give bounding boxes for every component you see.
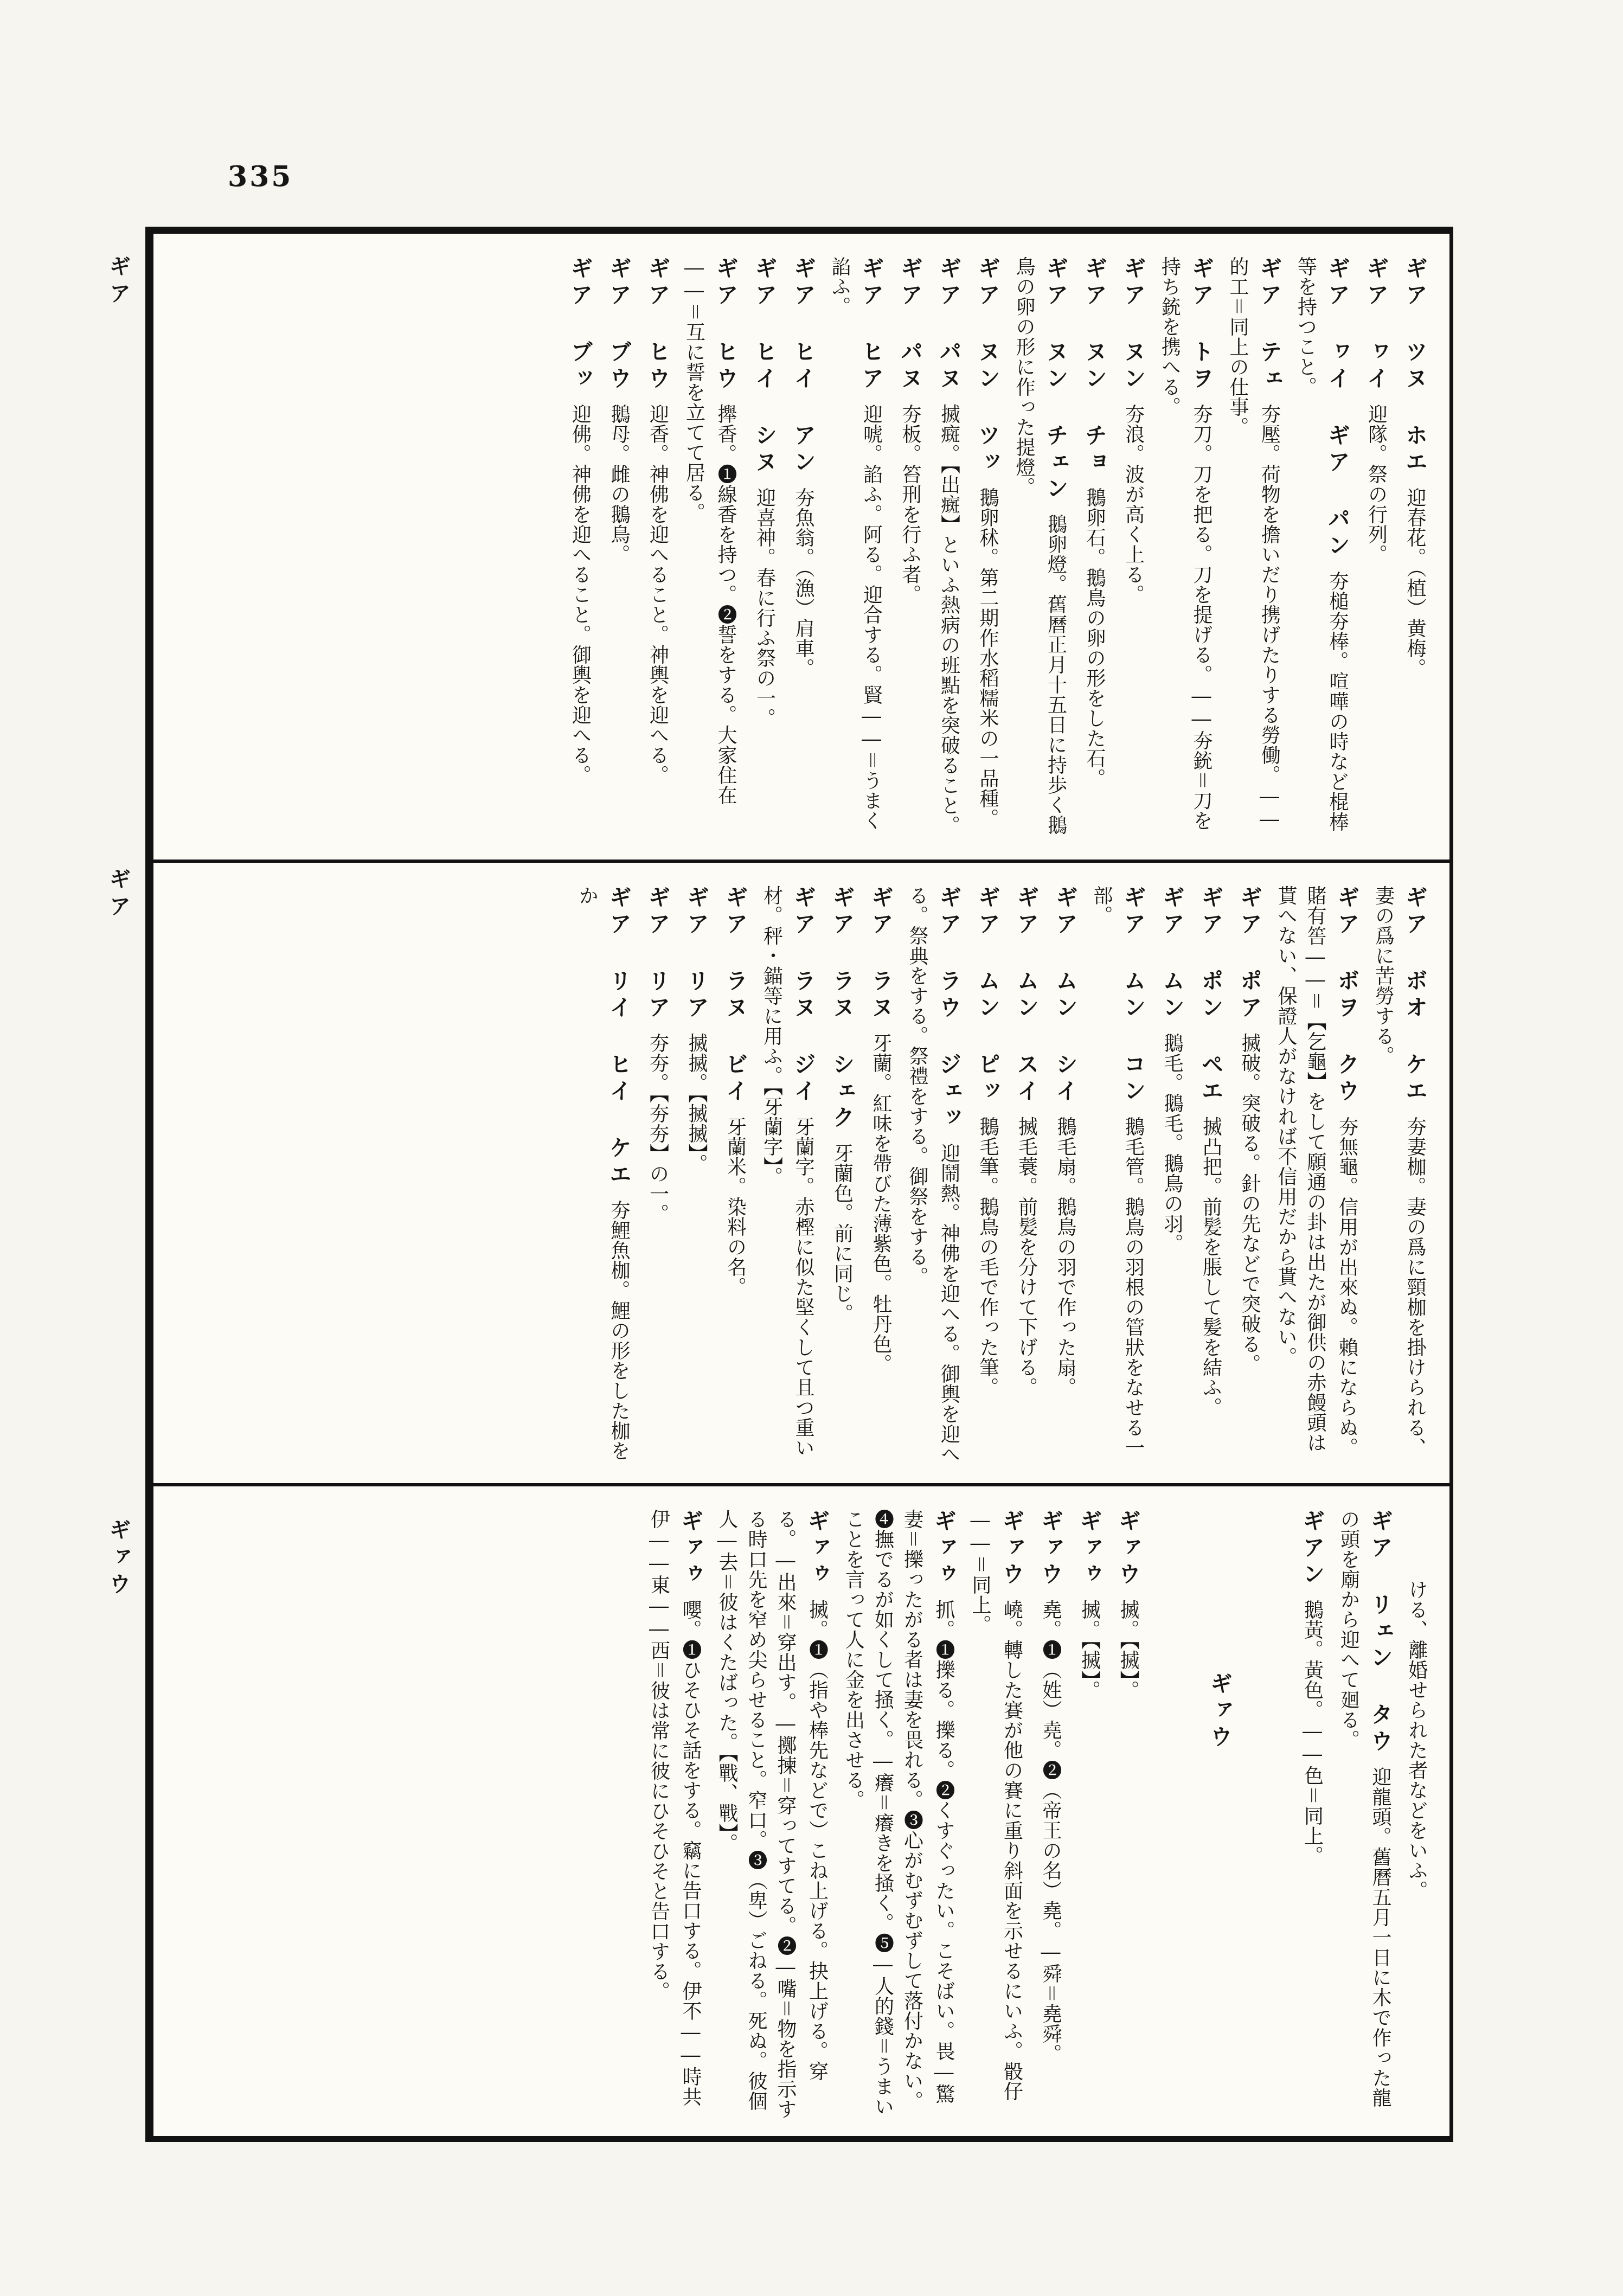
dictionary-entry: ギア ヌン チェン鵝卵燈。舊曆正月十五日に持歩く鵝鳥の卵の形に作った提燈。	[1009, 256, 1072, 843]
entry-headword: ギァゥ	[931, 1509, 957, 1600]
entry-definition: 夯魚翁。（漁）肩車。	[792, 488, 814, 678]
entry-definition: 鵝卵秫。第二期作水稻糯米の一品種。	[977, 488, 999, 829]
content-frame: ギア ツヌ ホエ迎春花。（植）黄梅。ギア ヮイ迎隊。祭の行列。ギア ヮイ ギア …	[145, 227, 1453, 2142]
entry-headword: ギア ラヌ ジイ	[790, 886, 816, 1117]
dictionary-entry: ギア パヌ搣癍。【出癍】といふ熱病の班點を突破ること。	[932, 256, 965, 843]
entry-definition: 鵝毛筆。鵝鳥の毛で作った筆。	[977, 1117, 999, 1397]
margin-thumb-label-middle: ギア	[103, 868, 134, 922]
entry-headword: ギア ボヲ クウ	[1334, 886, 1360, 1117]
margin-thumb-label-top: ギア	[103, 255, 134, 309]
dictionary-entry: ギア ボヲ クウ夯無龜。信用が出來ぬ。賴にならぬ。賭有筶――＝【乞龜】をして願通…	[1271, 886, 1363, 1467]
entry-headword: ギア ヒア	[858, 256, 884, 404]
dictionary-entry: ける、離婚せられた者などをいふ。	[1402, 1509, 1431, 2120]
entry-headword: ギア ヮイ ギア パン	[1324, 256, 1350, 571]
entry-headword: ギァゥ	[804, 1509, 830, 1600]
entry-headword: ギア ヒイ アン	[790, 256, 816, 488]
entry-headword: ギア ヒイ シヌ	[752, 256, 778, 488]
entry-headword: ギァウ	[1037, 1509, 1063, 1600]
page-number: 335	[228, 160, 293, 193]
entry-headword: ギア ムン ピッ	[974, 886, 1000, 1117]
entry-headword: ギア ラウ ジェッ	[936, 886, 962, 1143]
entry-headword: ギア ツヌ ホエ	[1402, 256, 1428, 488]
entry-definition: 鵝毛。鵝毛。鵝鳥の羽。	[1161, 1033, 1183, 1254]
entry-definition: 迎隊。祭の行列。	[1365, 404, 1388, 565]
dictionary-entry: ギア ヌン夯浪。波が高く上る。	[1116, 256, 1150, 843]
entry-headword: ギア ムン コン	[1120, 886, 1146, 1117]
entry-definition: 迎喜神。春に行ふ祭の一。	[754, 488, 776, 728]
entry-definition: 夯浪。波が高く上る。	[1122, 404, 1145, 605]
entry-definition: 抓。➊擽る。擽る。➋くすぐったい。こそばい。畏―驚妻＝擽ったがる者は妻を畏れる。…	[843, 1509, 955, 2117]
entry-headword: ギア ラヌ	[868, 886, 894, 1033]
dictionary-entry: ギア ラヌ ジイ牙蘭字。赤樫に似た堅くして且つ重い材。秤・錨等に用ふ。【牙蘭字】…	[757, 886, 820, 1467]
entry-headword: ギア パヌ	[936, 256, 962, 404]
dictionary-entry: ギア ラヌ ビイ牙蘭米。染料の名。	[718, 886, 752, 1467]
dictionary-entry: ギア ラヌ シェク牙蘭色。前に同じ。	[825, 886, 858, 1467]
dictionary-entry: ギア ヮイ迎隊。祭の行列。	[1359, 256, 1393, 843]
entry-definition: 搣。【搣】。	[1117, 1600, 1139, 1701]
dictionary-entry: ギア リイ ヒイ ケエ夯鯉魚枷。鯉の形をした枷をか	[573, 886, 636, 1467]
dictionary-entry: ギア テェ夯壓。荷物を擔いだり携げたりする勞働。――的工＝同上の仕事。	[1223, 256, 1286, 843]
dictionary-entry: ギア ラヌ牙蘭。紅味を帶びた薄紫色。牡丹色。	[864, 886, 897, 1467]
entry-definition: 迎香。神佛を迎へること。神輿を迎へる。	[647, 404, 669, 785]
dictionary-entry: ギア ヌン チョ鵝卵石。鵝鳥の卵の形をした石。	[1077, 256, 1111, 843]
entry-definition: 迎佛。神佛を迎へること。御輿を迎へる。	[569, 404, 592, 785]
entry-headword: ギア トヲ	[1188, 256, 1214, 404]
entry-definition: 搣破。突破る。針の先などで突破る。	[1239, 1033, 1261, 1374]
dictionary-entry: ギァゥ抓。➊擽る。擽る。➋くすぐったい。こそばい。畏―驚妻＝擽ったがる者は妻を畏…	[839, 1509, 960, 2120]
dictionary-entry: ギア ヒイ シヌ迎喜神。春に行ふ祭の一。	[747, 256, 781, 843]
dictionary-section-3: ける、離婚せられた者などをいふ。ギア リェン タウ迎龍頭。舊曆五月一日に木で作っ…	[153, 1486, 1449, 2136]
section-heading: ギァウ	[1182, 1509, 1257, 2120]
entry-definition: 牙蘭。紅味を帶びた薄紫色。牡丹色。	[870, 1033, 892, 1374]
entry-headword: ギア ポア	[1236, 886, 1262, 1033]
entry-headword: ギア ヌン チェン	[1043, 256, 1069, 514]
entry-definition: 搣毛蓑。前髪を分けて下げる。	[1016, 1117, 1038, 1397]
dictionary-entry: ギァゥ搣。【搣】。	[1072, 1509, 1106, 2120]
dictionary-section-1: ギア ツヌ ホエ迎春花。（植）黄梅。ギア ヮイ迎隊。祭の行列。ギア ヮイ ギア …	[153, 234, 1449, 863]
dictionary-entry: ギア ヒア迎唬。諂ふ。阿る。迎合する。賢――＝うまく諂ふ。	[825, 256, 888, 843]
dictionary-entry: ギア ラウ ジェッ迎鬧熱。神佛を迎へる。御輿を迎へる。祭典をする。祭禮をする。御…	[902, 886, 965, 1467]
entry-headword: ギア リア	[683, 886, 709, 1033]
entry-headword: ギア リア	[645, 886, 671, 1033]
entry-headword: ギア リイ ヒイ ケエ	[606, 886, 632, 1200]
dictionary-entry: ギア ブウ鵝母。雌の鵝鳥。	[602, 256, 636, 843]
entry-headword: ギァゥ	[677, 1509, 703, 1600]
dictionary-page: 335 ギア ギア ギァウ ギア ツヌ ホエ迎春花。（植）黄梅。ギア ヮイ迎隊。…	[0, 0, 1623, 2296]
entry-definition: 堯。➊（姓）堯。➋（帝王の名）堯。―舜＝堯舜。	[1040, 1600, 1062, 2064]
dictionary-entry: ギアン鵝黃。黃色。――色＝同上。	[1295, 1509, 1329, 2120]
dictionary-entry: ギア ムン シイ鵝毛扇。鵝鳥の羽で作った扇。	[1048, 886, 1082, 1467]
entry-definition: 搣搣。【搣搣】。	[685, 1033, 708, 1174]
entry-headword: ギア テェ	[1256, 256, 1282, 404]
entry-definition: ける、離婚せられた者などをいふ。	[1406, 1580, 1428, 1901]
entry-definition: 搣。➊（指や棒先などで）こね上げる。抉上げる。穿る。―出來＝穿出す。―擲揀＝穿っ…	[716, 1509, 829, 2119]
entry-headword: ギア ヒウ	[645, 256, 671, 404]
dictionary-entry: ギア ポア搣破。突破る。針の先などで突破る。	[1233, 886, 1266, 1467]
entry-headword: ギア ボオ ケエ	[1402, 886, 1428, 1117]
entry-headword: ギア ムン シイ	[1052, 886, 1078, 1117]
entry-headword: ギア ラヌ ビイ	[722, 886, 748, 1117]
entry-headword: ギア ムン スイ	[1013, 886, 1040, 1117]
dictionary-entry: ギア ムン スイ搣毛蓑。前髪を分けて下げる。	[1009, 886, 1043, 1467]
dictionary-entry: ギア ボオ ケエ夯妻枷。妻の爲に頸枷を掛けられる、妻の爲に苦勞する。	[1369, 886, 1432, 1467]
dictionary-entry: ギア ムン コン鵝毛管。鵝鳥の羽根の管狀をなせる一部。	[1087, 886, 1150, 1467]
dictionary-entry: ギア リア夯夯。【夯夯】の一。	[640, 886, 674, 1467]
dictionary-entry: ギァウ搣。【搣】。	[1111, 1509, 1145, 2120]
entry-definition: 搣癍。【出癍】といふ熱病の班點を突破ること。	[938, 404, 960, 836]
entry-headword: ギアン	[1299, 1509, 1325, 1600]
entry-definition: 夯夯。【夯夯】の一。	[647, 1033, 669, 1224]
dictionary-entry: ギア ムン ピッ鵝毛筆。鵝鳥の毛で作った筆。	[971, 886, 1004, 1467]
dictionary-entry: ギア ムン鵝毛。鵝毛。鵝鳥の羽。	[1155, 886, 1189, 1467]
entry-headword: ギア ヒウ	[713, 256, 739, 404]
entry-definition: 迎春花。（植）黄梅。	[1404, 488, 1426, 678]
entry-definition: 鵝母。雌の鵝鳥。	[608, 404, 630, 565]
entry-headword: ギァウ	[999, 1509, 1025, 1600]
entry-definition: 牙蘭色。前に同じ。	[831, 1143, 854, 1324]
dictionary-entry: ギア トヲ夯刀。刀を把る。刀を提げる。――夯銃＝刀を持ち銃を携へる。	[1155, 256, 1218, 843]
dictionary-entry: ギア ヒウ迎香。神佛を迎へること。神輿を迎へる。	[640, 256, 674, 843]
dictionary-entry: ギア ヮイ ギア パン夯槌夯棒。喧嘩の時など棍棒等を持つこと。	[1291, 256, 1354, 843]
dictionary-entry: ギア ブッ迎佛。神佛を迎へること。御輿を迎へる。	[563, 256, 596, 843]
entry-definition: 搣。【搣】。	[1079, 1600, 1101, 1701]
entry-headword: ギア ラヌ シェク	[829, 886, 855, 1143]
dictionary-entry: ギァウ堯。➊（姓）堯。➋（帝王の名）堯。―舜＝堯舜。	[1034, 1509, 1067, 2120]
dictionary-entry: ギア ポン ペエ搣凸把。前髪を脹して髪を結ふ。	[1194, 886, 1227, 1467]
entry-headword: ギア ムン	[1159, 886, 1185, 1033]
entry-definition: 牙蘭米。染料の名。	[724, 1117, 747, 1297]
dictionary-section-2: ギア ボオ ケエ夯妻枷。妻の爲に頸枷を掛けられる、妻の爲に苦勞する。ギア ボヲ …	[153, 863, 1449, 1486]
dictionary-entry: ギア リア搣搣。【搣搣】。	[679, 886, 713, 1467]
entry-headword: ギァゥ	[1076, 1509, 1102, 1600]
entry-headword: ギア ブウ	[606, 256, 632, 404]
dictionary-entry: ギア ヌン ツッ鵝卵秫。第二期作水稻糯米の一品種。	[971, 256, 1004, 843]
entry-headword: ギア ブッ	[567, 256, 593, 404]
entry-definition: 鵝毛扇。鵝鳥の羽で作った扇。	[1054, 1117, 1076, 1397]
entry-headword: ギア パヌ	[897, 256, 923, 404]
entry-headword: ギア ヌン ツッ	[974, 256, 1000, 488]
dictionary-entry: ギァゥ嚶。➊ひそひそ話をする。竊に告口する。伊不――時共伊――東――西＝彼は常に…	[644, 1509, 707, 2120]
dictionary-entry: ギア リェン タウ迎龍頭。舊曆五月一日に木で作った龍の頭を廟から迎へて廻る。	[1334, 1509, 1397, 2120]
dictionary-entry: ギァゥ搣。➊（指や棒先などで）こね上げる。抉上げる。穿る。―出來＝穿出す。―擲揀…	[712, 1509, 833, 2120]
entry-headword: ギア ポン ペエ	[1198, 886, 1224, 1117]
entry-headword: ギア ヌン チョ	[1081, 256, 1107, 488]
dictionary-entry: ギァウ嶢。轉した賽が他の賽に重り斜面を示せるにいふ。骰仔――＝同上。	[965, 1509, 1028, 2120]
entry-definition: 搣凸把。前髪を脹して髪を結ふ。	[1200, 1117, 1222, 1418]
entry-headword: ギア ヮイ	[1363, 256, 1389, 404]
dictionary-entry: ギア ツヌ ホエ迎春花。（植）黄梅。	[1398, 256, 1432, 843]
section-heading-text: ギァウ	[1207, 1672, 1233, 1762]
entry-definition: 鵝黃。黃色。――色＝同上。	[1301, 1600, 1324, 1866]
dictionary-entry: ギア パヌ夯板。笞刑を行ふ者。	[893, 256, 927, 843]
entry-headword: ギア リェン タウ	[1367, 1509, 1393, 1767]
entry-definition: 鵝卵石。鵝鳥の卵の形をした石。	[1083, 488, 1106, 788]
entry-headword: ギァウ	[1115, 1509, 1141, 1600]
margin-thumb-label-bottom: ギァウ	[103, 1518, 134, 1600]
entry-definition: 夯板。笞刑を行ふ者。	[899, 404, 921, 605]
dictionary-entry: ギア ヒウ攑香。➊線香を持つ。➋誓をする。大家住在――＝互に誓を立てて居る。	[679, 256, 742, 843]
dictionary-entry: ギア ヒイ アン夯魚翁。（漁）肩車。	[786, 256, 820, 843]
entry-headword: ギア ヌン	[1120, 256, 1146, 404]
